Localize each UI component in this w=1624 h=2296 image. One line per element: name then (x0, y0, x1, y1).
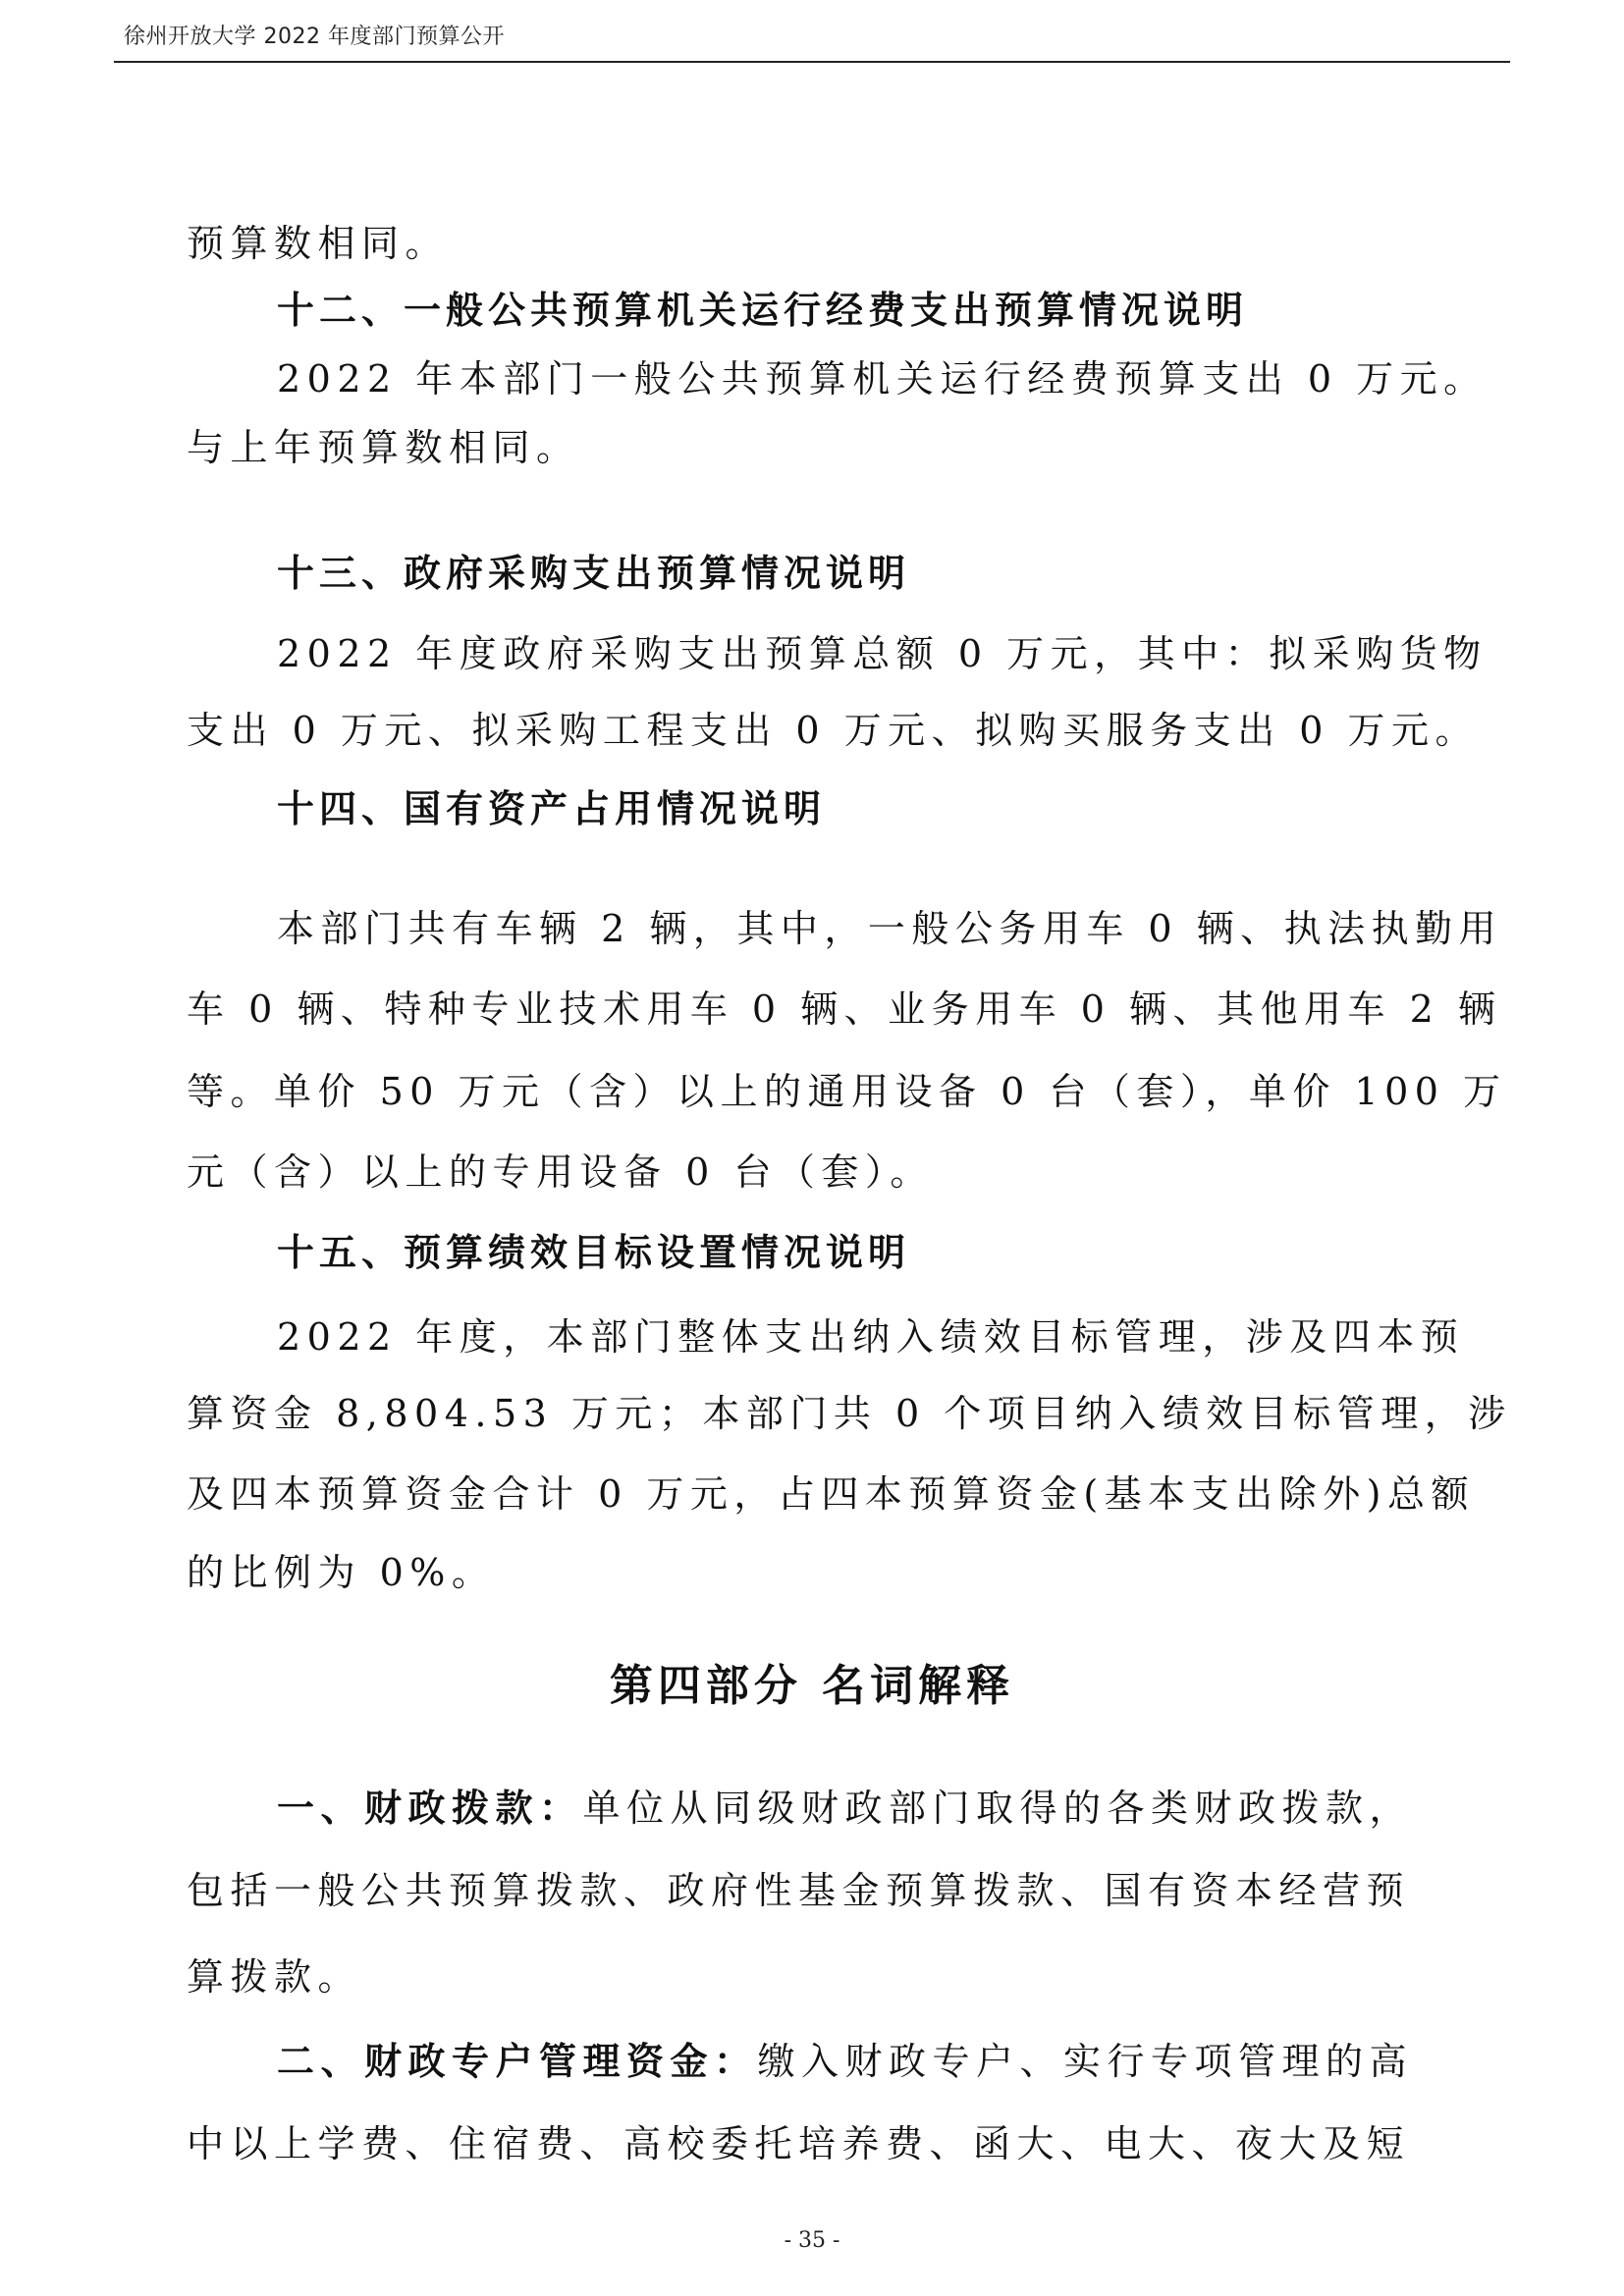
section-heading-15: 十五、预算绩效目标设置情况说明 (277, 1229, 1563, 1276)
paragraph-line: 预算数相同。 (187, 220, 1473, 267)
term-definition-2: 二、财政专户管理资金：缴入财政专户、实行专项管理的高 (277, 2038, 1563, 2085)
paragraph-line: 中以上学费、住宿费、高校委托培养费、函大、电大、夜大及短 (187, 2120, 1473, 2167)
part-title: 第四部分 名词解释 (0, 1659, 1624, 1714)
section-heading-14: 十四、国有资产占用情况说明 (277, 785, 1563, 832)
paragraph-line: 2022 年本部门一般公共预算机关运行经费预算支出 0 万元。 (277, 355, 1563, 402)
term-definition-1: 一、财政拨款：单位从同级财政部门取得的各类财政拨款， (277, 1785, 1563, 1832)
paragraph-line: 2022 年度，本部门整体支出纳入绩效目标管理，涉及四本预 (277, 1313, 1563, 1361)
paragraph-line: 包括一般公共预算拨款、政府性基金预算拨款、国有资本经营预 (187, 1867, 1473, 1914)
term-label: 一、财政拨款： (277, 1787, 583, 1830)
term-label: 二、财政专户管理资金： (277, 2040, 758, 2083)
term-text: 缴入财政专户、实行专项管理的高 (758, 2040, 1414, 2083)
term-text: 单位从同级财政部门取得的各类财政拨款， (583, 1787, 1414, 1830)
paragraph-line: 车 0 辆、特种专业技术用车 0 辆、业务用车 0 辆、其他用车 2 辆 (187, 986, 1473, 1033)
paragraph-line: 的比例为 0%。 (187, 1549, 1473, 1596)
paragraph-line: 与上年预算数相同。 (187, 424, 1473, 471)
section-heading-12: 十二、一般公共预算机关运行经费支出预算情况说明 (277, 287, 1563, 334)
paragraph-line: 算资金 8,804.53 万元；本部门共 0 个项目纳入绩效目标管理，涉 (187, 1390, 1473, 1437)
paragraph-line: 算拨款。 (187, 1953, 1473, 2001)
header-divider (114, 61, 1510, 63)
page-header-title: 徐州开放大学 2022 年度部门预算公开 (124, 20, 505, 50)
page-number: - 35 - (0, 2228, 1624, 2253)
paragraph-line: 元（含）以上的专用设备 0 台（套）。 (187, 1148, 1473, 1196)
paragraph-line: 2022 年度政府采购支出预算总额 0 万元，其中：拟采购货物 (277, 630, 1563, 677)
paragraph-line: 支出 0 万元、拟采购工程支出 0 万元、拟购买服务支出 0 万元。 (187, 707, 1473, 754)
section-heading-13: 十三、政府采购支出预算情况说明 (277, 550, 1563, 597)
paragraph-line: 等。单价 50 万元（含）以上的通用设备 0 台（套），单价 100 万 (187, 1068, 1473, 1115)
paragraph-line: 本部门共有车辆 2 辆，其中，一般公务用车 0 辆、执法执勤用 (277, 905, 1563, 952)
paragraph-line: 及四本预算资金合计 0 万元，占四本预算资金(基本支出除外)总额 (187, 1470, 1473, 1518)
